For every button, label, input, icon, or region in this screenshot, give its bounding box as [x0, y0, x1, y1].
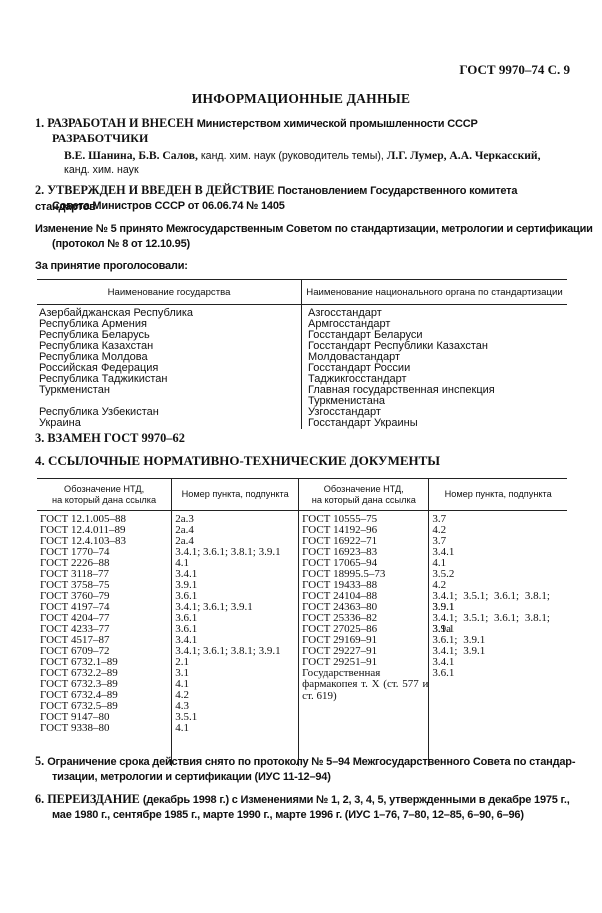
- section-1-number: 1.: [35, 116, 44, 130]
- amendment-line-2: (протокол № 8 от 12.10.95): [52, 236, 190, 252]
- ref-doc: ГОСТ 9338–80: [40, 723, 171, 734]
- ref-item: 3.5.2: [432, 569, 567, 580]
- section-3-heading: ВЗАМЕН ГОСТ 9970–62: [47, 431, 185, 445]
- ref-item: 4.2: [175, 690, 298, 701]
- section-4-heading: ССЫЛОЧНЫЕ НОРМАТИВНО-ТЕХНИЧЕСКИЕ ДОКУМЕН…: [48, 453, 440, 468]
- section-6-number: 6.: [35, 792, 44, 806]
- section-6-text-2: мае 1980 г., сентябре 1985 г., марте 199…: [52, 809, 524, 821]
- section-4-number: 4.: [35, 453, 45, 468]
- ref-item: 3.4.1: [432, 547, 567, 558]
- section-1-heading: РАЗРАБОТАН И ВНЕСЕН: [47, 116, 193, 130]
- section-3-number: 3.: [35, 431, 44, 445]
- ref-item: 3.1: [175, 668, 298, 679]
- section-3: 3. ВЗАМЕН ГОСТ 9970–62: [35, 431, 185, 446]
- reference-table: Обозначение НТД,на который дана ссылка Н…: [37, 478, 567, 766]
- table-row: УкраинаГосстандарт Украины: [37, 418, 567, 429]
- section-5-text-2: тизации, метрологии и сертификации (ИУС …: [52, 771, 331, 783]
- state-name: Азербайджанская Республика: [37, 305, 302, 320]
- voting-header-body: Наименование национального органа по ста…: [302, 280, 568, 305]
- ref-item: 3.5.1: [175, 712, 298, 723]
- ref-item: 3.4.1; 3.6.1; 3.8.1; 3.9.1: [175, 646, 298, 657]
- ref-item: 4.2: [432, 525, 567, 536]
- amendment-line-1: Изменение № 5 принято Межгосударственным…: [35, 221, 593, 237]
- ref-left-docs-column: ГОСТ 12.1.005–88ГОСТ 12.4.011–89ГОСТ 12.…: [37, 511, 172, 767]
- ref-item: 3.7: [432, 514, 567, 525]
- ref-header-item-right: Номер пункта, подпункта: [429, 479, 567, 511]
- page-number: ГОСТ 9970–74 С. 9: [459, 62, 570, 78]
- standards-body-name: Азгосстандарт: [302, 305, 568, 320]
- section-6-heading: ПЕРЕИЗДАНИЕ: [47, 792, 140, 806]
- ref-doc: Государственная фармакопея т. X (ст. 577…: [302, 668, 428, 702]
- ref-item: 3.4.1; 3.5.1; 3.6.1; 3.8.1; 3.9.1: [432, 613, 567, 624]
- section-2-number: 2.: [35, 183, 44, 197]
- developers-names-1: В.Е. Шанина, Б.В. Салов,: [64, 149, 198, 162]
- ref-item: 4.1: [175, 679, 298, 690]
- section-2-text-2: Совета Министров СССР от 06.06.74 № 1405: [52, 200, 285, 212]
- ref-item: 4.1: [175, 723, 298, 734]
- section-6-line-2: мае 1980 г., сентябре 1985 г., марте 199…: [52, 807, 524, 823]
- ref-item: 2.1: [175, 657, 298, 668]
- section-2-heading: УТВЕРЖДЕН И ВВЕДЕН В ДЕЙСТВИЕ: [47, 183, 274, 197]
- voting-table: Наименование государства Наименование на…: [37, 279, 567, 429]
- table-row: Республика УзбекистанУзгосстандарт: [37, 407, 567, 418]
- ref-right-items-column: 3.74.23.73.4.14.13.5.24.23.4.1; 3.5.1; 3…: [429, 511, 567, 767]
- amendment-text-2: (протокол № 8 от 12.10.95): [52, 238, 190, 250]
- section-4: 4. ССЫЛОЧНЫЕ НОРМАТИВНО-ТЕХНИЧЕСКИЕ ДОКУ…: [35, 453, 440, 468]
- state-name: Туркменистан: [37, 385, 302, 407]
- developers-list: В.Е. Шанина, Б.В. Салов, канд. хим. наук…: [64, 148, 584, 164]
- table-row: ТуркменистанГлавная государственная инсп…: [37, 385, 567, 407]
- section-2-line-2: Совета Министров СССР от 06.06.74 № 1405: [52, 198, 285, 214]
- ref-header-doc-right: Обозначение НТД,на который дана ссылка: [299, 479, 429, 511]
- section-1: 1. РАЗРАБОТАН И ВНЕСЕН Министерством хим…: [35, 116, 478, 132]
- document-title: ИНФОРМАЦИОННЫЕ ДАННЫЕ: [0, 91, 602, 107]
- voted-label: За принятие проголосовали:: [35, 258, 188, 274]
- section-5-text-1: Ограничение срока действия снято по прот…: [47, 756, 575, 768]
- state-name: Украина: [37, 418, 302, 429]
- developers-label: РАЗРАБОТЧИКИ: [52, 131, 148, 146]
- section-1-text: Министерством химической промышленности …: [197, 118, 478, 130]
- ref-header-doc-left: Обозначение НТД,на который дана ссылка: [37, 479, 172, 511]
- section-6: 6. ПЕРЕИЗДАНИЕ (декабрь 1998 г.) с Измен…: [35, 792, 570, 808]
- developers-role-1: канд. хим. наук (руководитель темы),: [198, 150, 387, 162]
- ref-right-docs-column: ГОСТ 10555–75ГОСТ 14192–96ГОСТ 16922–71Г…: [299, 511, 429, 767]
- voted-label-text: За принятие проголосовали:: [35, 260, 188, 272]
- ref-item: 3.6.1: [432, 668, 567, 702]
- ref-left-items-column: 2а.32а.42а.43.4.1; 3.6.1; 3.8.1; 3.9.14.…: [172, 511, 299, 767]
- ref-item: 3.4.1; 3.6.1; 3.8.1; 3.9.1: [175, 547, 298, 558]
- table-row: Азербайджанская РеспубликаАзгосстандарт: [37, 305, 567, 320]
- voting-header-state: Наименование государства: [37, 280, 302, 305]
- standards-body-name: Госстандарт Украины: [302, 418, 568, 429]
- section-5: 5. Ограничение срока действия снято по п…: [35, 754, 575, 770]
- section-5-line-2: тизации, метрологии и сертификации (ИУС …: [52, 769, 331, 785]
- ref-header-item-left: Номер пункта, подпункта: [172, 479, 299, 511]
- section-5-number: 5.: [35, 754, 44, 768]
- developers-role-2: канд. хим. наук: [64, 164, 139, 176]
- amendment-text-1: Изменение № 5 принято Межгосударственным…: [35, 223, 593, 235]
- developers-names-2: Л.Г. Лумер, А.А. Черкасский,: [387, 149, 541, 162]
- standards-body-name: Главная государственная инспекция Туркме…: [302, 385, 568, 407]
- section-6-text-1: (декабрь 1998 г.) с Изменениями № 1, 2, …: [143, 794, 570, 806]
